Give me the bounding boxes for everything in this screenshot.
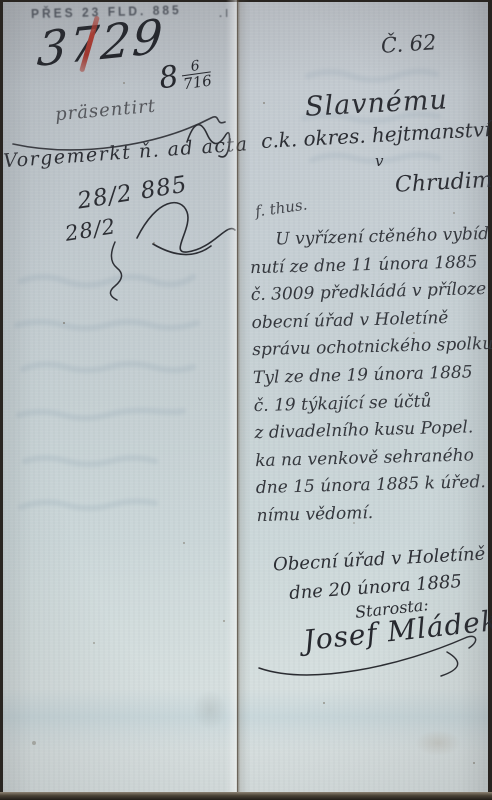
ink-bleedthrough-left: [11, 267, 229, 537]
salutation-line-2: c.k. okres. hejtmanství: [261, 117, 492, 153]
body-line: nímu vědomí.: [256, 497, 492, 531]
document-scan: PŘES 23 FLD. 885 . ǀ 3729 präsentirt 867…: [0, 0, 492, 800]
left-page-shading: [3, 2, 237, 793]
file-number-denominator: 716: [182, 71, 213, 92]
filing-note: Vorgemerkt ň. ad acta: [3, 134, 242, 173]
salutation-line-4: Chrudimi: [394, 167, 492, 197]
closing-date: dne 20 února 1885: [288, 571, 462, 604]
presented-note: präsentirt: [54, 96, 157, 126]
paper-tint-band: [3, 688, 488, 752]
filing-date-tail: [93, 240, 137, 304]
file-number: 86716: [157, 55, 213, 97]
filing-date: 28/2 885: [76, 171, 190, 214]
margin-note: f. thus.: [254, 195, 308, 220]
paper-sheet: PŘES 23 FLD. 885 . ǀ 3729 präsentirt 867…: [3, 2, 488, 793]
paper-stain: [415, 730, 461, 756]
paper-specks: [3, 2, 5, 4]
scan-bottom-edge: [0, 792, 492, 800]
filing-date-secondary: 28/2: [63, 214, 117, 246]
stamp-ink-marks: . ǀ: [219, 8, 228, 20]
file-number-whole: 8: [157, 59, 181, 96]
salutation-line-3: v: [375, 152, 383, 170]
salutation-line-1: Slavnému: [304, 84, 448, 122]
document-number: Č. 62: [380, 30, 437, 58]
paper-stain: [193, 690, 227, 730]
letter-body: U vyřízení ctěného vybíd nutí ze dne 11 …: [249, 221, 492, 531]
